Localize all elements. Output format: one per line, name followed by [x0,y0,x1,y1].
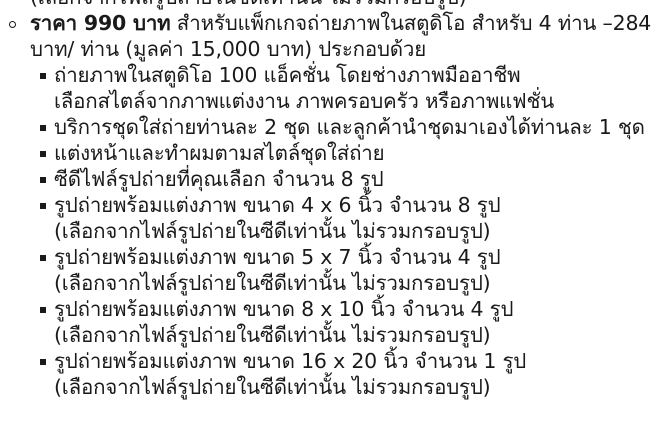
list-item: รูปถ่ายพร้อมแต่งภาพ ขนาด 5 x 7 นิ้ว จำนว… [0,244,657,270]
square-bullet-icon [40,255,46,261]
square-bullet-icon [40,307,46,313]
square-bullet-icon [40,125,46,131]
list-item: ถ่ายภาพในสตูดิโอ 100 แอ็คชั่น โดยช่างภาพ… [0,62,657,88]
list-item: รูปถ่ายพร้อมแต่งภาพ ขนาด 4 x 6 นิ้ว จำนว… [0,192,657,218]
package-document: (เลือกจากไฟล์รูปถ่ายในซีดีเท่านั้น ไม่รว… [0,0,657,400]
list-item-continued: (เลือกจากไฟล์รูปถ่ายในซีดีเท่านั้น ไม่รว… [0,374,657,400]
list-item: แต่งหน้าและทำผมตามสไตล์ชุดใส่ถ่าย [0,140,657,166]
square-bullet-icon [40,359,46,365]
package-price-item: ราคา 990 บาท สำหรับแพ็กเกจถ่ายภาพในสตูดิ… [0,10,657,36]
cut-off-line: (เลือกจากไฟล์รูปถ่ายในซีดีเท่านั้น ไม่รว… [0,0,657,10]
circle-bullet-icon [9,21,16,28]
list-item: ซีดีไฟล์รูปถ่ายที่คุณเลือก จำนวน 8 รูป [0,166,657,192]
square-bullet-icon [40,177,46,183]
list-item: รูปถ่ายพร้อมแต่งภาพ ขนาด 8 x 10 นิ้ว จำน… [0,296,657,322]
square-bullet-icon [40,203,46,209]
list-item-continued: เลือกสไตล์จากภาพแต่งงาน ภาพครอบครัว หรือ… [0,88,657,114]
list-item-continued: (เลือกจากไฟล์รูปถ่ายในซีดีเท่านั้น ไม่รว… [0,218,657,244]
package-price: ราคา 990 บาท [30,11,170,35]
cut-off-text: (เลือกจากไฟล์รูปถ่ายในซีดีเท่านั้น ไม่รว… [30,0,466,9]
list-item: รูปถ่ายพร้อมแต่งภาพ ขนาด 16 x 20 นิ้ว จำ… [0,348,657,374]
square-bullet-icon [40,151,46,157]
square-bullet-icon [40,73,46,79]
list-item-continued: (เลือกจากไฟล์รูปถ่ายในซีดีเท่านั้น ไม่รว… [0,270,657,296]
list-item-continued: (เลือกจากไฟล์รูปถ่ายในซีดีเท่านั้น ไม่รว… [0,322,657,348]
package-description-continued: บาท/ ท่าน (มูลค่า 15,000 บาท) ประกอบด้วย [0,36,657,62]
list-item: บริการชุดใส่ถ่ายท่านละ 2 ชุด และลูกค้านำ… [0,114,657,140]
package-description: สำหรับแพ็กเกจถ่ายภาพในสตูดิโอ สำหรับ 4 ท… [170,11,651,35]
